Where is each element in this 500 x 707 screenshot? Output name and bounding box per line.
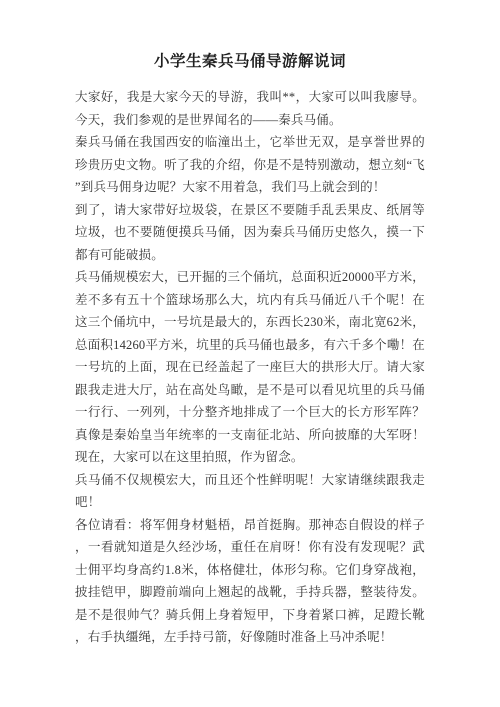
document-page: 小学生秦兵马俑导游解说词 大家好，我是大家今天的导游，我叫**，大家可以叫我廖导… — [0, 0, 500, 707]
paragraph-figures: 各位请看：将军佣身材魁梧，昂首挺胸。那神态自假设的样子，一看就知道是久经沙场，重… — [75, 514, 425, 649]
paragraph-rules: 到了，请大家带好垃圾袋，在景区不要随手乱丢果皮、纸屑等垃圾，也不要随便摸兵马俑，… — [75, 199, 425, 267]
paragraph-greeting: 大家好，我是大家今天的导游，我叫**，大家可以叫我廖导。今天，我们参观的是世界闻… — [75, 86, 425, 131]
paragraph-transition: 兵马俑不仅规模宏大，而且还个性鲜明呢！大家请继续跟我走吧！ — [75, 469, 425, 514]
paragraph-scale: 兵马俑规模宏大，已开掘的三个俑坑，总面积近20000平方米，差不多有五十个篮球场… — [75, 266, 425, 469]
document-title: 小学生秦兵马俑导游解说词 — [75, 50, 425, 74]
paragraph-intro: 秦兵马俑在我国西安的临潼出土，它举世无双，是享誉世界的珍贵历史文物。听了我的介绍… — [75, 131, 425, 199]
